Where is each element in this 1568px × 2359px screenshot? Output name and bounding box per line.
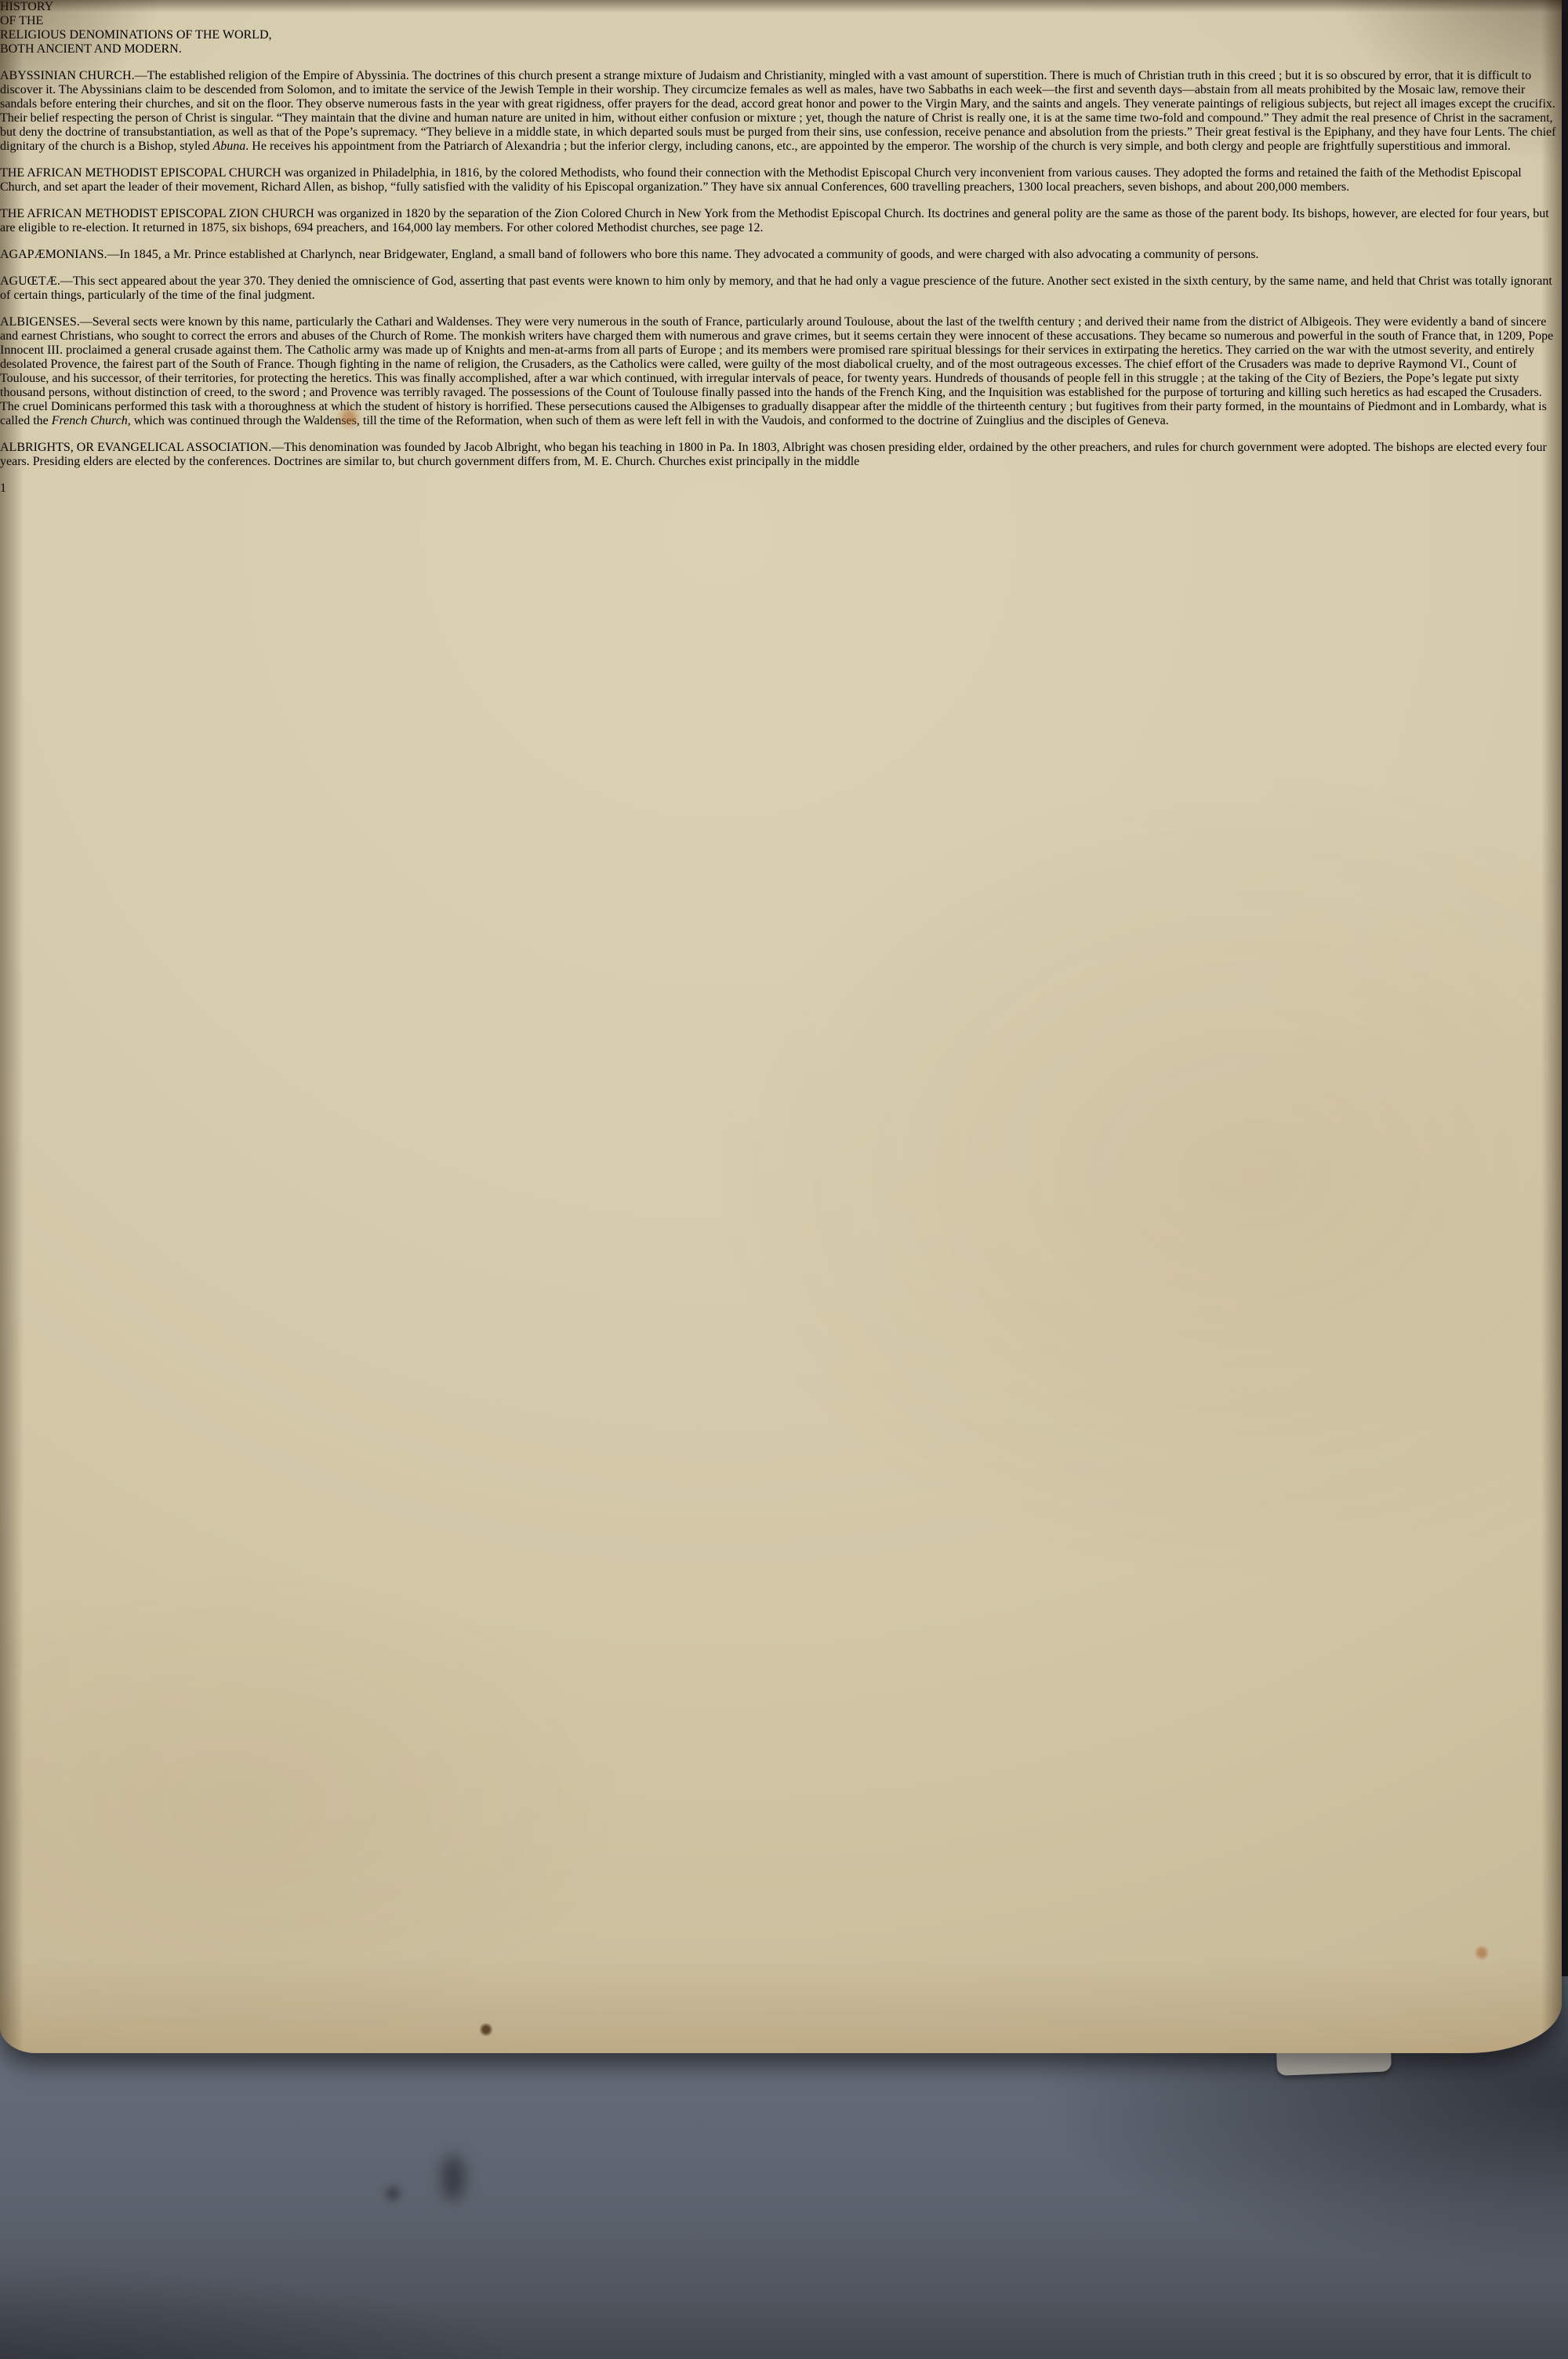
title-line-sub: BOTH ANCIENT AND MODERN. [0, 42, 1562, 56]
paragraph: ALBRIGHTS, OR EVANGELICAL ASSOCIATION.—T… [0, 441, 1562, 469]
paragraph: THE AFRICAN METHODIST EPISCOPAL CHURCH w… [0, 166, 1562, 194]
book-title: HISTORY [0, 0, 1562, 14]
section-heading: ABYSSINIAN CHURCH. [0, 69, 135, 82]
left-column: ABYSSINIAN CHURCH.—The established relig… [0, 69, 1562, 262]
section-heading: ALBIGENSES. [0, 315, 80, 329]
section-heading: THE AFRICAN METHODIST EPISCOPAL CHURCH [0, 166, 281, 180]
smudge [441, 2155, 465, 2201]
paragraph: ALBIGENSES.—Several sects were known by … [0, 315, 1562, 428]
paragraph: AGUŒTÆ.—This sect appeared about the yea… [0, 274, 1562, 303]
title-of-the: OF THE [0, 14, 1562, 28]
section-heading: AGAPÆMONIANS. [0, 248, 107, 261]
right-column: AGUŒTÆ.—This sect appeared about the yea… [0, 274, 1562, 469]
title-line-main: RELIGIOUS DENOMINATIONS OF THE WORLD, [0, 28, 1562, 42]
book-page: HISTORY OF THE RELIGIOUS DENOMINATIONS O… [0, 0, 1562, 2053]
section-heading: AGUŒTÆ. [0, 274, 60, 288]
paragraph: ABYSSINIAN CHURCH.—The established relig… [0, 69, 1562, 154]
page-number: 1 [0, 482, 1562, 496]
scan-scene: HISTORY OF THE RELIGIOUS DENOMINATIONS O… [0, 0, 1568, 2359]
section-text: —The established religion of the Empire … [0, 69, 1555, 153]
section-text: —In 1845, a Mr. Prince established at Ch… [107, 248, 1258, 261]
smudge [386, 2186, 400, 2201]
section-text: —This sect appeared about the year 370. … [0, 274, 1552, 302]
section-heading: ALBRIGHTS, OR EVANGELICAL ASSOCIATION. [0, 441, 271, 454]
title-block: HISTORY OF THE RELIGIOUS DENOMINATIONS O… [0, 0, 1562, 56]
page-bottom-curl [0, 2019, 1562, 2053]
section-heading: THE AFRICAN METHODIST EPISCOPAL ZION CHU… [0, 207, 314, 220]
section-text: —Several sects were known by this name, … [0, 315, 1553, 427]
paragraph: AGAPÆMONIANS.—In 1845, a Mr. Prince esta… [0, 248, 1562, 262]
paragraph: THE AFRICAN METHODIST EPISCOPAL ZION CHU… [0, 207, 1562, 235]
